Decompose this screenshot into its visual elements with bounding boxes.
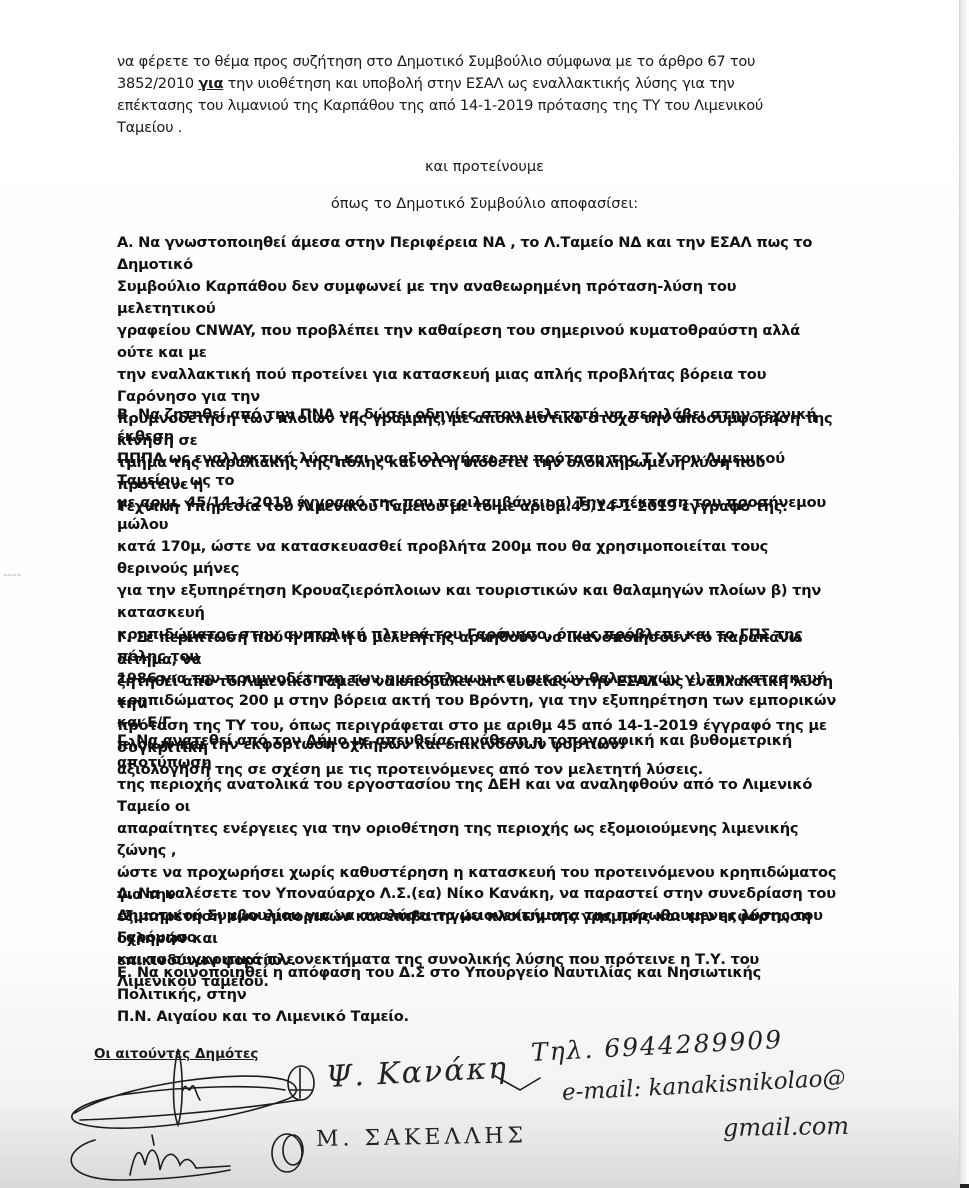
page-right-edge xyxy=(959,0,969,1188)
signature-2-circle xyxy=(272,1134,302,1172)
handwritten-email-line-2: gmail.com xyxy=(723,1112,850,1142)
scanned-document-page: να φέρετε το θέμα προς συζήτηση στο Δημο… xyxy=(0,0,969,1188)
handwritten-name-2: Μ. ΣΑΚΕΛΛΗΣ xyxy=(316,1123,527,1152)
signature-strokes xyxy=(0,0,969,1188)
page-corner-shadow xyxy=(960,1184,969,1188)
